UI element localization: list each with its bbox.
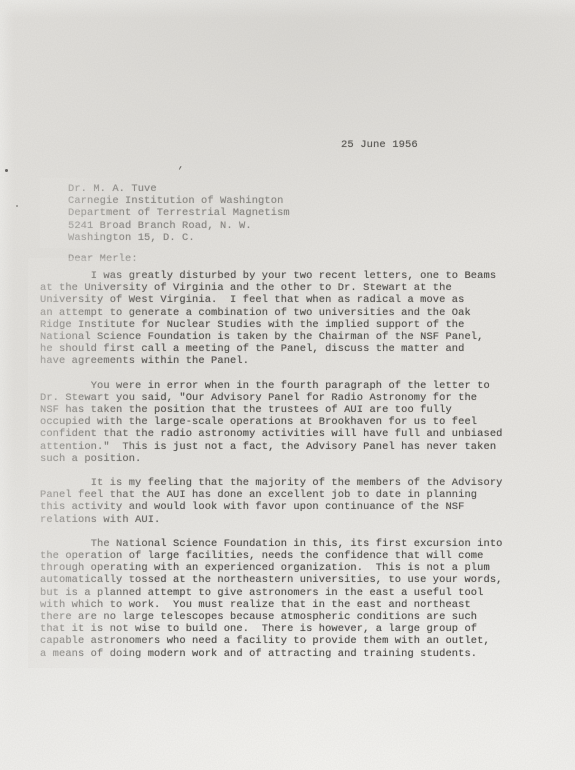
recipient-name-line: Dr. M. A. Tuve [68, 183, 290, 195]
body-paragraph-4: The National Science Foundation in this,… [40, 538, 545, 660]
scan-speck [5, 169, 8, 172]
body-paragraph-3: It is my feeling that the majority of th… [40, 477, 545, 526]
recipient-city-line: Washington 15, D. C. [68, 232, 290, 244]
body-paragraph-1: I was greatly disturbed by your two rece… [40, 270, 545, 368]
recipient-institution-line: Carnegie Institution of Washington [68, 195, 290, 207]
salutation: Dear Merle: [68, 253, 138, 265]
recipient-address: Dr. M. A. Tuve Carnegie Institution of W… [68, 183, 290, 244]
letter-page: 25 June 1956 Dr. M. A. Tuve Carnegie Ins… [0, 0, 575, 770]
letter-body: I was greatly disturbed by your two rece… [40, 270, 545, 672]
body-paragraph-2: You were in error when in the fourth par… [40, 380, 545, 465]
recipient-street-line: 5241 Broad Branch Road, N. W. [68, 220, 290, 232]
scan-speck [16, 205, 18, 207]
stray-pen-mark: , [177, 160, 185, 173]
recipient-department-line: Department of Terrestrial Magnetism [68, 207, 290, 219]
letter-date: 25 June 1956 [341, 139, 418, 151]
